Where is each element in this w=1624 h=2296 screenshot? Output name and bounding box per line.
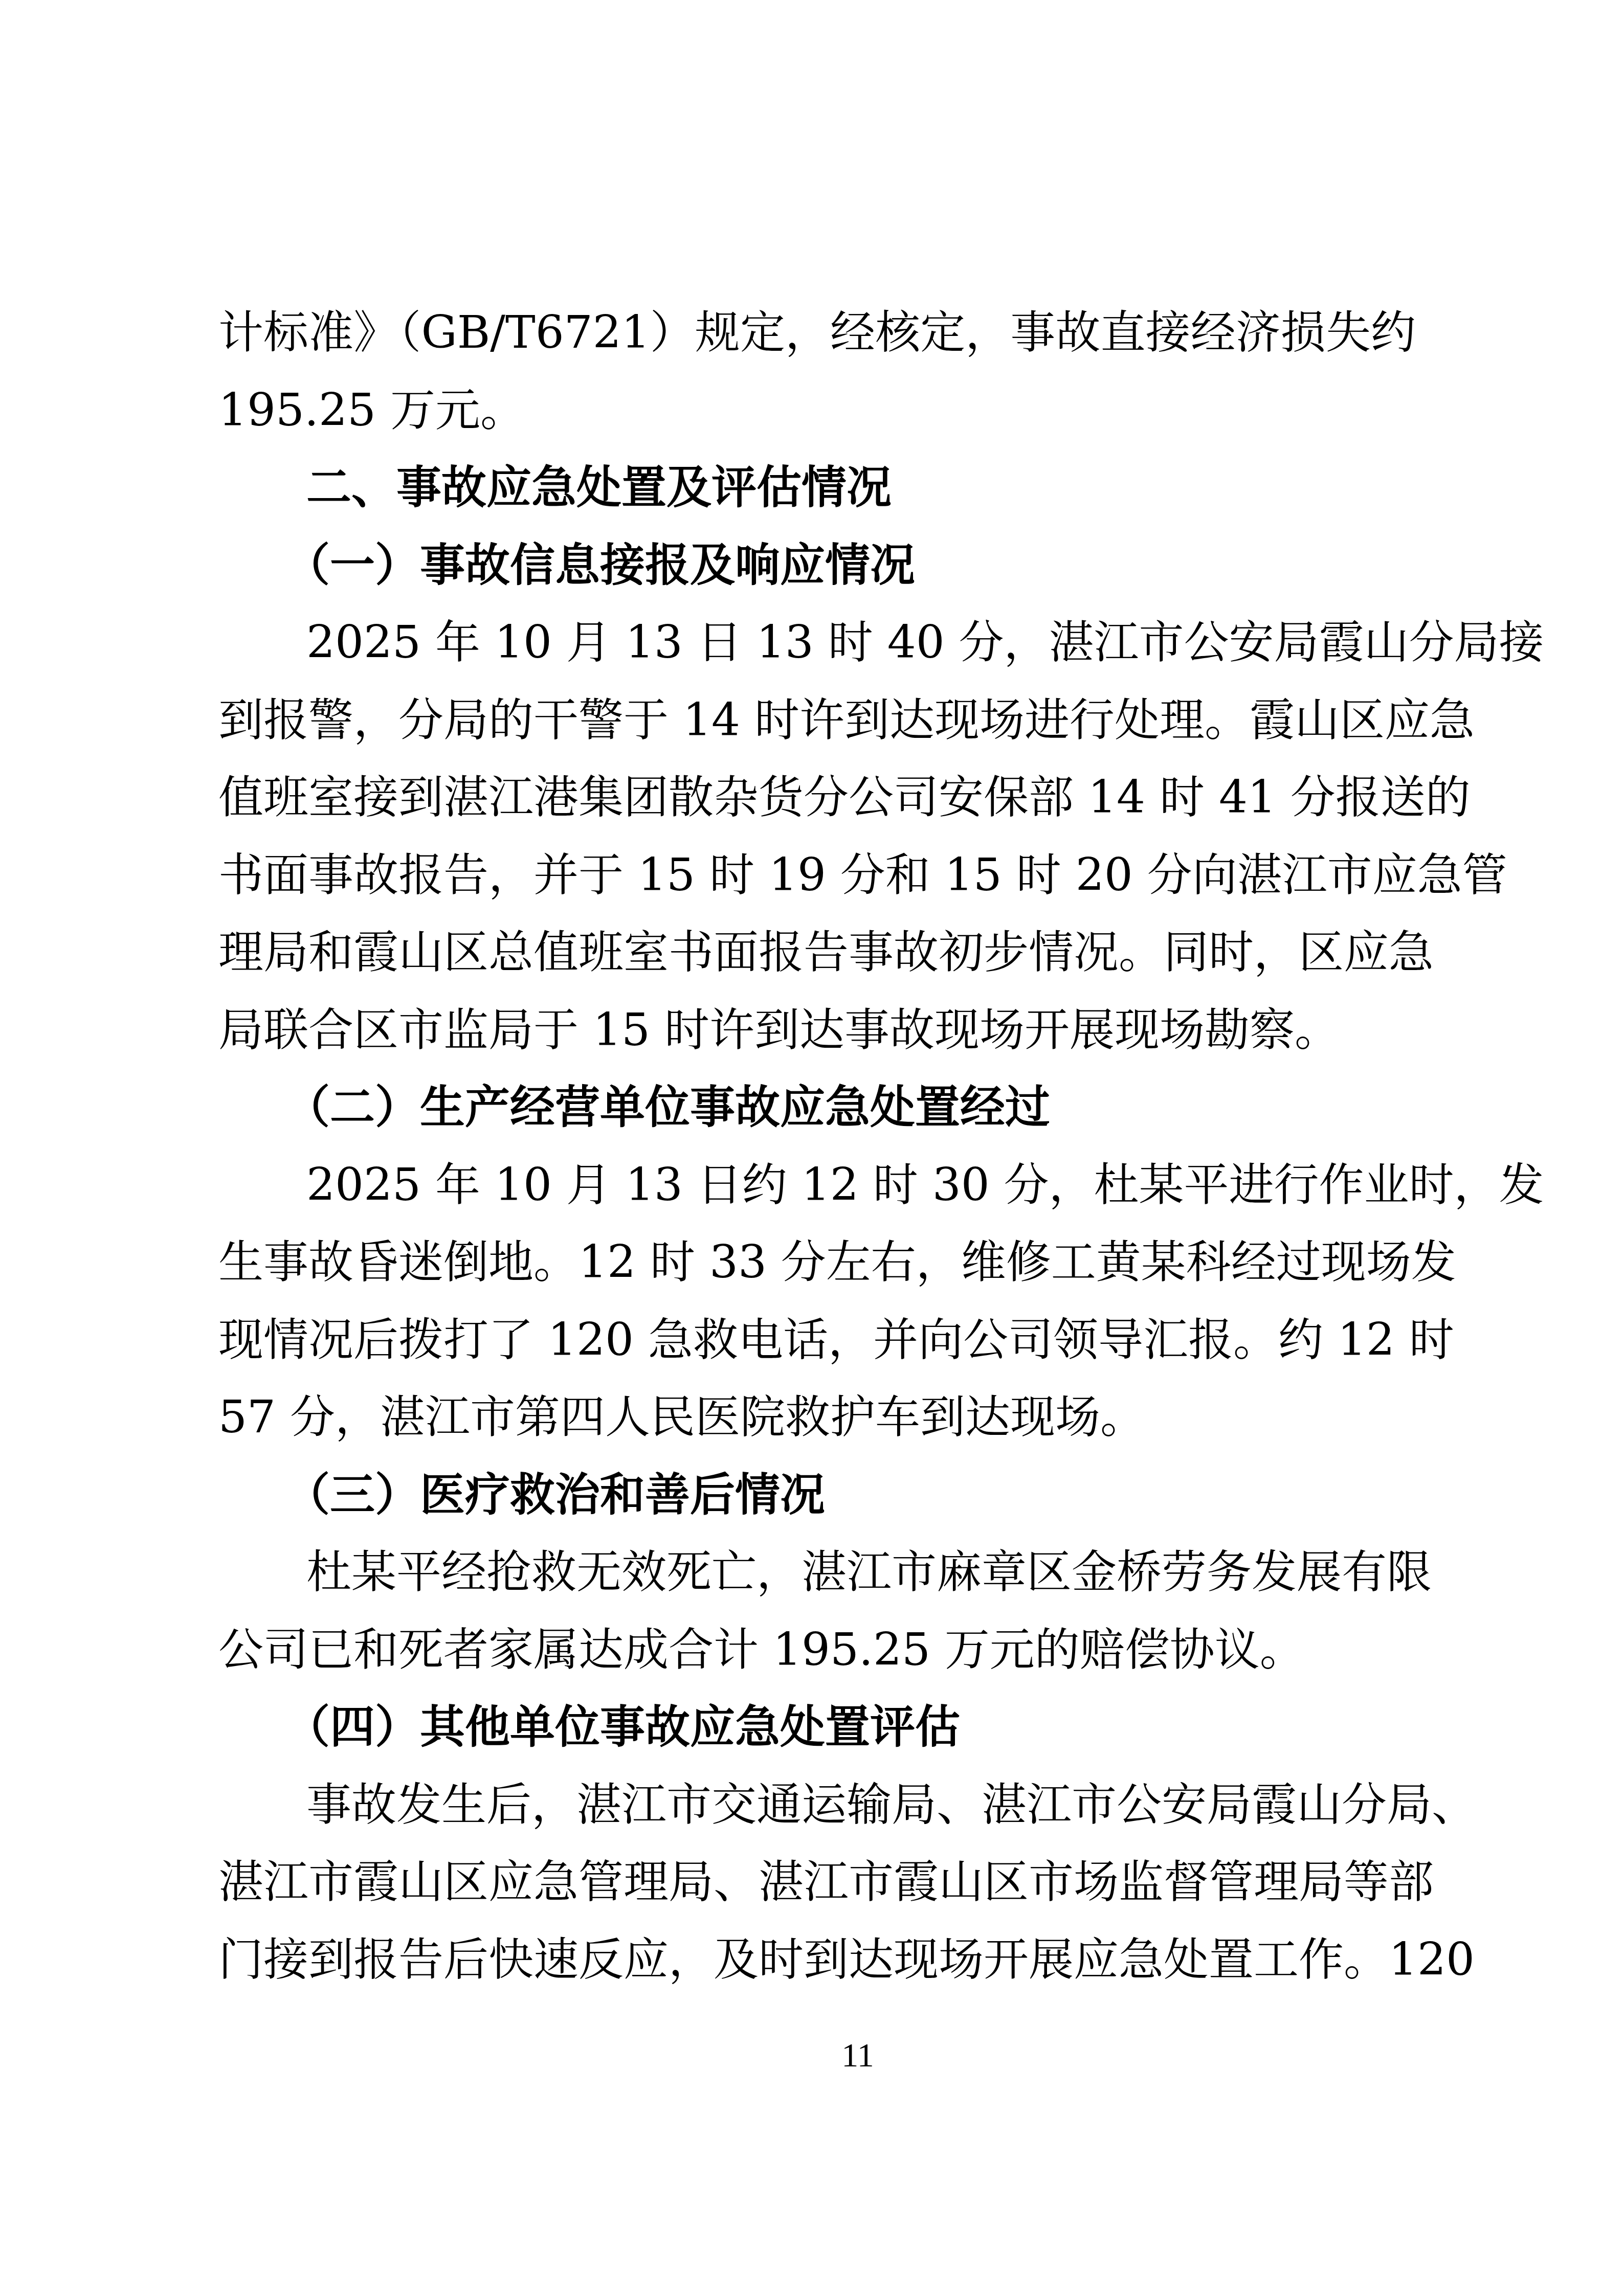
body-line: 值班室接到湛江港集团散杂货分公司安保部 14 时 41 分报送的 xyxy=(218,758,1416,836)
body-line: 2025 年 10 月 13 日约 12 时 30 分，杜某平进行作业时，发 xyxy=(218,1146,1416,1224)
subsection-heading: （一）事故信息接报及响应情况 xyxy=(218,526,1416,604)
body-line: 理局和霞山区总值班室书面报告事故初步情况。同时，区应急 xyxy=(218,913,1416,991)
body-line: 湛江市霞山区应急管理局、湛江市霞山区市场监督管理局等部 xyxy=(218,1843,1416,1921)
body-line: 计标准》（GB/T6721）规定，经核定，事故直接经济损失约 xyxy=(218,294,1416,371)
document-page: 计标准》（GB/T6721）规定，经核定，事故直接经济损失约 195.25 万元… xyxy=(0,0,1624,2296)
section-heading: 二、事故应急处置及评估情况 xyxy=(218,448,1416,526)
page-body: 计标准》（GB/T6721）规定，经核定，事故直接经济损失约 195.25 万元… xyxy=(218,294,1416,1998)
subsection-heading: （四）其他单位事故应急处置评估 xyxy=(218,1688,1416,1766)
body-line: 杜某平经抢救无效死亡，湛江市麻章区金桥劳务发展有限 xyxy=(218,1533,1416,1611)
body-line: 事故发生后，湛江市交通运输局、湛江市公安局霞山分局、 xyxy=(218,1766,1416,1843)
body-line: 公司已和死者家属达成合计 195.25 万元的赔偿协议。 xyxy=(218,1611,1416,1689)
body-line: 生事故昏迷倒地。12 时 33 分左右，维修工黄某科经过现场发 xyxy=(218,1223,1416,1301)
body-line: 局联合区市监局于 15 时许到达事故现场开展现场勘察。 xyxy=(218,991,1416,1069)
body-line: 到报警，分局的干警于 14 时许到达现场进行处理。霞山区应急 xyxy=(218,681,1416,759)
page-number: 11 xyxy=(837,2036,878,2075)
body-line: 2025 年 10 月 13 日 13 时 40 分，湛江市公安局霞山分局接 xyxy=(218,603,1416,681)
body-line: 书面事故报告，并于 15 时 19 分和 15 时 20 分向湛江市应急管 xyxy=(218,836,1416,914)
body-line: 现情况后拨打了 120 急救电话，并向公司领导汇报。约 12 时 xyxy=(218,1301,1416,1379)
body-line: 57 分，湛江市第四人民医院救护车到达现场。 xyxy=(218,1378,1416,1456)
body-line: 门接到报告后快速反应，及时到达现场开展应急处置工作。120 xyxy=(218,1921,1416,1998)
body-line: 195.25 万元。 xyxy=(218,371,1416,449)
subsection-heading: （三）医疗救治和善后情况 xyxy=(218,1456,1416,1534)
subsection-heading: （二）生产经营单位事故应急处置经过 xyxy=(218,1068,1416,1146)
